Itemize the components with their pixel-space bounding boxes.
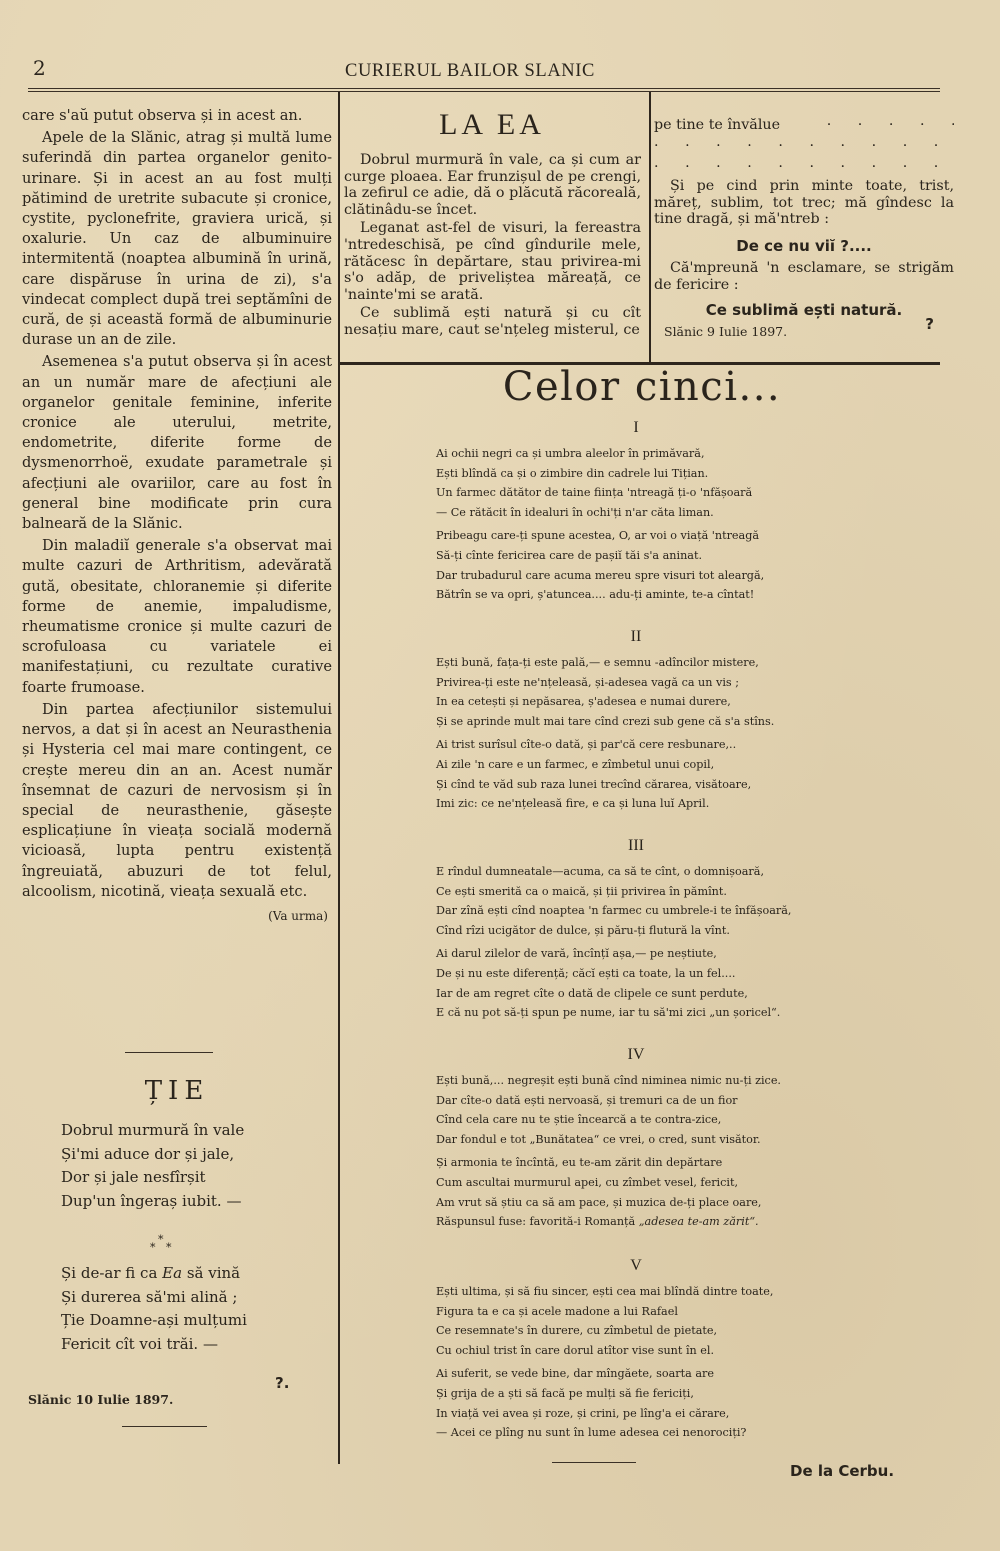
poem-line: Ce resemnate's în durere, cu zîmbetul de…	[436, 1321, 836, 1341]
ellipsis-row: · · · · · · · · · · · · · ·	[654, 136, 954, 157]
tie-signature: ?.	[275, 1374, 289, 1392]
poem-line: Și cînd te văd sub raza lunei trecînd că…	[436, 775, 836, 795]
poem-line: — Ce rătăcit în idealuri în ochi'ți n'ar…	[436, 503, 836, 523]
poem-section-1: I Ai ochii negri ca și umbra aleelor în …	[436, 418, 836, 605]
section-numeral: IV	[436, 1045, 836, 1065]
poem-line: Ești ultima, și să fiu sincer, ești cea …	[436, 1282, 836, 1302]
article-paragraph: Apele de la Slănic, atrag și multă lume …	[22, 128, 332, 350]
poem-line: Ce ești smerită ca o maică, și ții privi…	[436, 882, 836, 902]
article-paragraph: Din partea afecțiunilor sistemului nervo…	[22, 700, 332, 902]
article-paragraph: Din maladiĭ generale s'a observat mai mu…	[22, 536, 332, 698]
poem-section-3: III E rîndul dumneatale—acuma, ca să te …	[436, 836, 836, 1023]
poem-line: Și'mi aduce dor și jale,	[61, 1143, 244, 1167]
poem-line: Ai darul zilelor de vară, încînțĭ așa,— …	[436, 944, 836, 964]
poem-line: Un farmec dătător de taine ființa 'ntrea…	[436, 483, 836, 503]
poem-line: Dar zînă ești cînd noaptea 'n farmec cu …	[436, 901, 836, 921]
poem-line: Am vrut să știu ca să am pace, și muzica…	[436, 1193, 836, 1213]
poem-line: Răspunsul fuse: favorită-i Romanță „ades…	[436, 1212, 836, 1232]
poem-line: Dup'un îngeraș iubit. —	[61, 1190, 244, 1214]
poem-line: Ai trist surîsul cîte-o dată, și par'că …	[436, 735, 836, 755]
la-ea-exclamation: Ce sublimă ești natură.	[654, 302, 954, 319]
column-divider-left	[338, 92, 340, 1464]
section-numeral: V	[436, 1256, 836, 1276]
poem-line: De și nu este diferență; căcĭ ești ca to…	[436, 964, 836, 984]
la-ea-paragraph: Și pe cind prin minte toate, trist, măre…	[654, 178, 954, 228]
la-ea-title: LA EA	[342, 108, 642, 142]
section-numeral: III	[436, 836, 836, 856]
poem-line: Cînd cela care nu te știe încearcă a te …	[436, 1110, 836, 1130]
la-ea-continuation: pe tine te învălue · · · · · · · · · · ·…	[654, 115, 954, 341]
poem-line: Ești blîndă ca și o zimbire din cadrele …	[436, 464, 836, 484]
poem-line: E rîndul dumneatale—acuma, ca să te cînt…	[436, 862, 836, 882]
article-paragraph: Asemenea s'a putut observa și în acest a…	[22, 352, 332, 534]
tie-stanza-2: Și de-ar fi ca Ea să vină Și durerea să'…	[61, 1262, 247, 1356]
masthead: CURIERUL BAILOR SLANIC	[345, 61, 595, 82]
poem-line: In ea cetești și nepăsarea, ș'adesea e n…	[436, 692, 836, 712]
poem-line: Ai ochii negri ca și umbra aleelor în pr…	[436, 444, 836, 464]
celor-cinci-title: Celor cinci...	[342, 364, 942, 410]
tie-stanza-1: Dobrul murmură în vale Și'mi aduce dor ș…	[61, 1119, 244, 1213]
poem-section-4: IV Ești bună,... negreșit ești bună cînd…	[436, 1045, 836, 1232]
poem-line: E că nu pot să-ți spun pe nume, iar tu s…	[436, 1003, 836, 1023]
poem-line: Bătrîn se va opri, ș'atuncea.... adu-ți …	[436, 585, 836, 605]
section-numeral: I	[436, 418, 836, 438]
poem-line: Imi zic: ce ne'nțeleasă fire, e ca și lu…	[436, 794, 836, 814]
poem-line: — Acei ce plîng nu sunt în lume adesea c…	[436, 1423, 836, 1443]
poem-line: In viață vei avea și roze, și crini, pe …	[436, 1404, 836, 1424]
poem-line: Și grija de a ști să facă pe mulți să fi…	[436, 1384, 836, 1404]
header-rule	[28, 88, 940, 92]
la-ea-date: Slănic 9 Iulie 1897.	[654, 324, 954, 341]
article-paragraph: care s'aŭ putut observa și in acest an.	[22, 106, 332, 126]
poem-title-tie: ȚIE	[22, 1076, 332, 1106]
section-numeral: II	[436, 627, 836, 647]
poem-line: Pribeagu care-ți spune acestea, O, ar vo…	[436, 526, 836, 546]
divider-rule	[552, 1462, 636, 1463]
poem-line: Ai zile 'n care e un farmec, e zîmbetul …	[436, 755, 836, 775]
continued-note: (Va urma)	[22, 906, 332, 926]
poem-line: Și de-ar fi ca Ea să vină	[61, 1262, 247, 1286]
poem-line: Cum ascultai murmurul apei, cu zîmbet ve…	[436, 1173, 836, 1193]
divider-rule	[125, 1052, 213, 1053]
poem-line: Să-ți cînte fericirea care de pașiĭ tăi …	[436, 546, 836, 566]
poem-line: Cînd rîzi ucigător de dulce, și păru-ți …	[436, 921, 836, 941]
poem-section-2: II Ești bună, fața-ți este pală,— e semn…	[436, 627, 836, 814]
poem-line: Cu ochiul trist în care dorul atîtor vis…	[436, 1341, 836, 1361]
divider-rule	[122, 1426, 207, 1427]
poem-line: Și armonia te încîntă, eu te-am zărit di…	[436, 1153, 836, 1173]
la-ea-question: De ce nu viĭ ?....	[654, 238, 954, 255]
poem-line: Iar de am regret cîte o dată de clipele …	[436, 984, 836, 1004]
poem-line: Figura ta e ca și acele madone a lui Raf…	[436, 1302, 836, 1322]
medical-article: care s'aŭ putut observa și in acest an. …	[22, 106, 332, 926]
la-ea-paragraph: Ce sublimă ești natură și cu cît nesațiu…	[344, 305, 641, 338]
poem-line: Dar cîte-o dată ești nervoasă, și tremur…	[436, 1091, 836, 1111]
poem-line: Ai suferit, se vede bine, dar mîngăete, …	[436, 1364, 836, 1384]
page-number: 2	[33, 56, 46, 80]
poem-line: Dar fondul e tot „Bunătatea“ ce vrei, o …	[436, 1130, 836, 1150]
poem-line: Dobrul murmură în vale	[61, 1119, 244, 1143]
la-ea-paragraph: Leganat ast-fel de visuri, la fereastra …	[344, 220, 641, 303]
poem-line: Dar trubadurul care acuma mereu spre vis…	[436, 566, 836, 586]
poem-section-5: V Ești ultima, și să fiu sincer, ești ce…	[436, 1256, 836, 1443]
la-ea-paragraph: Dobrul murmură în vale, ca și cum ar cur…	[344, 152, 641, 218]
poem-line: Ești bună, fața-ți este pală,— e semnu -…	[436, 653, 836, 673]
poem-line: Și durerea să'mi alină ;	[61, 1286, 247, 1310]
ellipsis-row: · · · · · · · · · · · · · ·	[654, 157, 954, 178]
column-divider-right	[649, 92, 651, 362]
tie-date: Slănic 10 Iulie 1897.	[28, 1392, 173, 1407]
poem-line: Și se aprinde mult mai tare cînd crezi s…	[436, 712, 836, 732]
poem-line: Ție Doamne-ași mulțumi	[61, 1309, 247, 1333]
poem-author: De la Cerbu.	[790, 1462, 894, 1480]
poem-line: Privirea-ți este ne'nțeleasă, și-adesea …	[436, 673, 836, 693]
la-ea-paragraph: Că'mpreună 'n esclamare, se strigăm de f…	[654, 260, 954, 293]
poem-line: Ești bună,... negreșit ești bună cînd ni…	[436, 1071, 836, 1091]
poem-line: Fericit cît voi trăi. —	[61, 1333, 247, 1357]
asterism: * * *	[150, 1236, 172, 1252]
poem-line: Dor și jale nesfîrșit	[61, 1166, 244, 1190]
la-ea-text: Dobrul murmură în vale, ca și cum ar cur…	[344, 152, 641, 339]
